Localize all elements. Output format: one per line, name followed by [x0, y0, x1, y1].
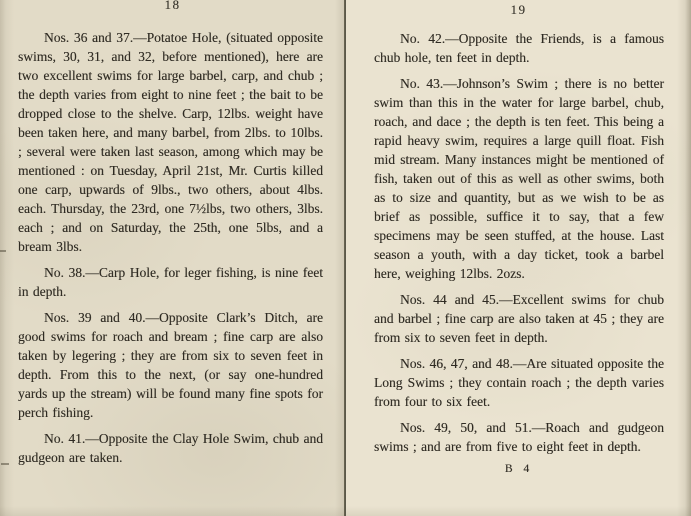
- page-right-content: No. 42.—Opposite the Friends, is a famou…: [346, 0, 691, 516]
- paragraph-no-38: No. 38.—Carp Hole, for leger fishing, is…: [18, 263, 323, 301]
- paragraph-nos-39-40: Nos. 39 and 40.—Opposite Clark’s Ditch, …: [18, 308, 323, 422]
- paragraph-no-42: No. 42.—Opposite the Friends, is a famou…: [374, 29, 664, 67]
- paragraph-no-41: No. 41.—Opposite the Clay Hole Swim, chu…: [18, 429, 323, 467]
- scan-artifact: [0, 250, 6, 252]
- signature-mark: B 4: [374, 463, 664, 475]
- page-left-content: Nos. 36 and 37.—Potatoe Hole, (situated …: [0, 0, 345, 516]
- page-right: 19 No. 42.—Opposite the Friends, is a fa…: [346, 0, 691, 516]
- paragraph-nos-36-37: Nos. 36 and 37.—Potatoe Hole, (situated …: [18, 28, 323, 256]
- scan-artifact: [1, 463, 9, 465]
- paragraph-nos-49-50-51: Nos. 49, 50, and 51.—Roach and gudgeon s…: [374, 418, 664, 456]
- paragraph-nos-44-45: Nos. 44 and 45.—Excellent swims for chub…: [374, 290, 664, 347]
- paragraph-nos-46-47-48: Nos. 46, 47, and 48.—Are situated opposi…: [374, 354, 664, 411]
- paragraph-no-43: No. 43.—Johnson’s Swim ; there is no bet…: [374, 74, 664, 283]
- page-left: 18 Nos. 36 and 37.—Potatoe Hole, (situat…: [0, 0, 345, 516]
- book-scan: 18 Nos. 36 and 37.—Potatoe Hole, (situat…: [0, 0, 691, 516]
